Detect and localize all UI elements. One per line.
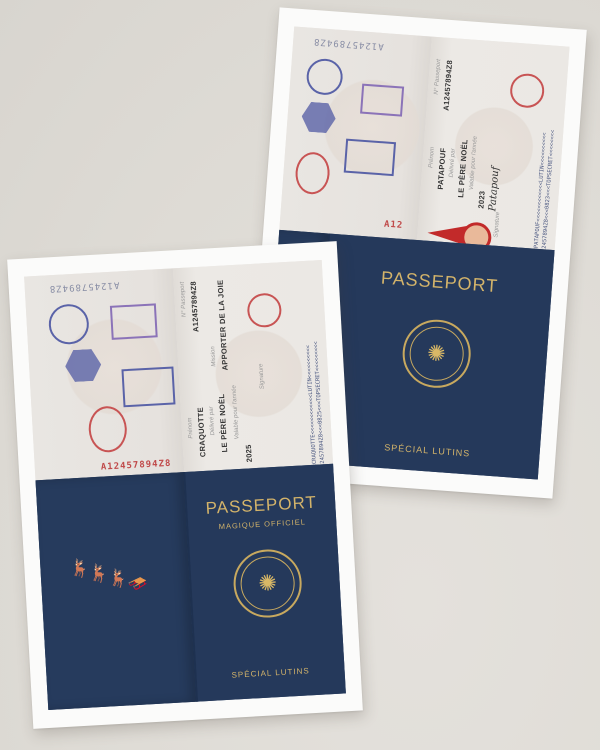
first-name-value: CRAQUOTTE bbox=[196, 407, 208, 458]
passport-number-upside-down: A12457894Z8 bbox=[313, 36, 384, 51]
sun-seal-icon: ✺ bbox=[232, 548, 304, 620]
passport-print-area: A12457894Z8 A12457894Z8 N° Passeport A12… bbox=[24, 260, 346, 710]
first-name-value: PATAPOUF bbox=[436, 147, 448, 190]
cover-title: PASSEPORT bbox=[327, 264, 553, 301]
passport-number-label: N° Passeport bbox=[180, 282, 188, 318]
passport-number-label: N° Passeport bbox=[434, 59, 443, 95]
signature-label: Signature bbox=[493, 212, 501, 238]
passport-number-value: A12457894Z8 bbox=[189, 281, 201, 332]
passport-number-red: A12457894Z8 bbox=[101, 459, 172, 473]
stamp-round-red bbox=[509, 73, 545, 109]
stamp-rect-blue bbox=[121, 366, 175, 407]
stamp-rect-blue bbox=[344, 139, 396, 177]
passport-inner-pages: A12457894Z8 A12457894Z8 N° Passeport A12… bbox=[24, 260, 333, 480]
stamp-rect-purple bbox=[360, 84, 404, 117]
stamp-round-red bbox=[246, 292, 282, 328]
mission-label: Mission bbox=[210, 346, 217, 367]
passport-card-craquotte: A12457894Z8 A12457894Z8 N° Passeport A12… bbox=[7, 241, 363, 729]
cover-front: PASSEPORT MAGIQUE OFFICIEL ✺ SPÉCIAL LUT… bbox=[185, 464, 346, 702]
cover-title: PASSEPORT bbox=[187, 492, 336, 520]
stamp-page: A12457894Z8 A12 bbox=[279, 26, 432, 240]
sun-seal-icon: ✺ bbox=[400, 317, 473, 390]
issued-by-label: Délivré par bbox=[449, 148, 457, 177]
stamp-rect-purple bbox=[110, 303, 158, 340]
passport-number-upside-down: A12457894Z8 bbox=[49, 279, 120, 293]
first-name-label: Prénom bbox=[187, 417, 194, 438]
signature: Patapouf bbox=[487, 166, 501, 211]
valid-year-value: 2025 bbox=[244, 444, 254, 462]
valid-year-value: 2023 bbox=[476, 190, 486, 209]
passport-number-red: A12 bbox=[384, 220, 404, 231]
cover-back: 🦌🦌🦌🛷 bbox=[36, 472, 199, 710]
identity-page: N° Passeport A12457894Z8 Prénom CRAQUOTT… bbox=[173, 260, 333, 472]
identity-page: N° Passeport A12457894Z8 Prénom PATAPOUF… bbox=[417, 37, 570, 251]
first-name-label: Prénom bbox=[428, 147, 436, 168]
passport-number-value: A12457894Z8 bbox=[442, 60, 455, 111]
passport-cover: 🦌🦌🦌🛷 PASSEPORT MAGIQUE OFFICIEL ✺ SPÉCIA… bbox=[36, 464, 346, 710]
issued-by-label: Délivré par bbox=[209, 406, 217, 435]
stamp-page: A12457894Z8 A12457894Z8 bbox=[24, 268, 184, 480]
cover-front: PASSEPORT ✺ SPÉCIAL LUTINS bbox=[314, 234, 555, 480]
cover-footer: SPÉCIAL LUTINS bbox=[196, 664, 344, 681]
reindeer-sleigh-icon: 🦌🦌🦌🛷 bbox=[68, 557, 150, 597]
passport-inner-pages: A12457894Z8 A12 N° Passeport A12457894Z8… bbox=[279, 26, 569, 250]
